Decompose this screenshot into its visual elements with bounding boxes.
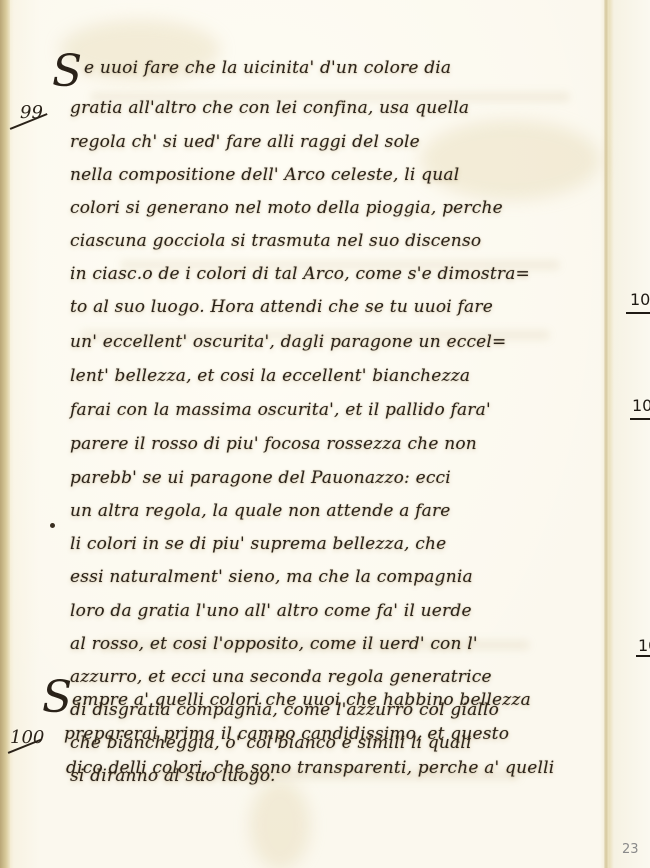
manuscript-page: S 99 e uuoi fare che la uicinita' d'un c… (0, 0, 650, 868)
binding-edge (0, 0, 10, 868)
text-line: in ciasc.o de i colori di tal Arco, come… (70, 264, 530, 284)
adjacent-page-number: 10 (638, 636, 650, 655)
adjacent-page-number: 10 (630, 290, 650, 309)
page-gutter (604, 0, 608, 868)
text-line: farai con la massima oscurita', et il pa… (70, 400, 491, 420)
text-line: parere il rosso di piu' focosa rossezza … (70, 434, 477, 454)
adjacent-page-underline (626, 312, 650, 314)
text-line: loro da gratia l'uno all' altro come fa'… (70, 601, 472, 621)
text-line: empre a' quelli colori che uuoi che habb… (72, 690, 531, 710)
text-line: ciascuna gocciola si trasmuta nel suo di… (70, 231, 481, 251)
text-line: li colori in se di piu' suprema bellezza… (70, 534, 446, 554)
text-line: un' eccellent' oscurita', dagli paragone… (70, 332, 507, 352)
text-line: regola ch' si ued' fare alli raggi del s… (70, 132, 420, 152)
text-line: e uuoi fare che la uicinita' d'un colore… (84, 58, 451, 78)
adjacent-page-underline (636, 655, 650, 657)
text-line: azzurro, et ecci una seconda regola gene… (70, 667, 492, 687)
text-line: un altra regola, la quale non attende a … (70, 501, 451, 521)
text-line: colori si generano nel moto della pioggi… (70, 198, 503, 218)
ink-dot (50, 523, 55, 528)
decorated-initial: S (52, 50, 82, 94)
text-line: dico delli colori, che sono transparenti… (66, 758, 554, 778)
text-line: to al suo luogo. Hora attendi che se tu … (70, 297, 493, 317)
text-line: nella compositione dell' Arco celeste, l… (70, 165, 459, 185)
text-line: preparerai prima il campo candidissimo, … (64, 724, 509, 744)
text-line: al rosso, et cosi l'opposito, come il ue… (70, 634, 478, 654)
text-line: essi naturalment' sieno, ma che la compa… (70, 567, 473, 587)
paper-stain (420, 120, 600, 200)
text-line: parebb' se ui paragone del Pauonazzo: ec… (70, 468, 451, 488)
adjacent-page-underline (630, 418, 650, 420)
folio-number: 23 (622, 842, 639, 857)
text-line: gratia all'altro che con lei confina, us… (70, 98, 469, 118)
decorated-initial: S (42, 676, 72, 720)
adjacent-page-number: 10 (632, 396, 650, 415)
paper-stain (250, 780, 310, 868)
text-line: lent' bellezza, et cosi la eccellent' bi… (70, 366, 470, 386)
